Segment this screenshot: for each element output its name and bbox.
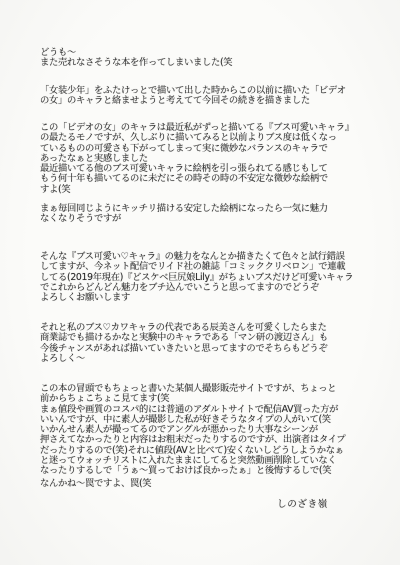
author-signature: しのざき嶺 bbox=[277, 496, 387, 510]
afterword-paragraph-video-site: この本の冒頭でもちょっと書いた某個人撮影販売サイトですが、ちょっと 前からちょこ… bbox=[40, 384, 380, 477]
afterword-paragraph-character-style: この「ビデオの女」のキャラは最近私がずっと描いてる『ブス可愛いキャラ』 の最たる… bbox=[40, 123, 380, 195]
afterword-paragraph-other-characters: それと私のブス♡カワキャラの代表である辰美さんを可愛くしたらまた 商業誌でも描け… bbox=[40, 323, 380, 364]
scanned-afterword-page: どうも〜 また売れなさそうな本を作ってしまいました(笑 「女装少年」をふたけっと… bbox=[0, 0, 400, 565]
afterword-paragraph-serialization: そんな『ブス可愛い♡キャラ』の魅力をなんとか描きたくて色々と試行錯誤 してますが… bbox=[40, 252, 380, 303]
afterword-paragraph-closing: なんかね〜罠ですよ、罠(笑 bbox=[40, 479, 380, 489]
afterword-paragraph-greeting: どうも〜 また売れなさそうな本を作ってしまいました(笑 bbox=[40, 48, 380, 69]
afterword-paragraph-origin: 「女装少年」をふたけっとで描いて出した時からこの以前に描いた「ビデオ の女」のキ… bbox=[40, 86, 380, 107]
afterword-paragraph-stable-style: まぁ毎回同じようにキッチリ描ける安定した絵柄になったら一気に魅力 なくなりそうで… bbox=[40, 204, 380, 225]
